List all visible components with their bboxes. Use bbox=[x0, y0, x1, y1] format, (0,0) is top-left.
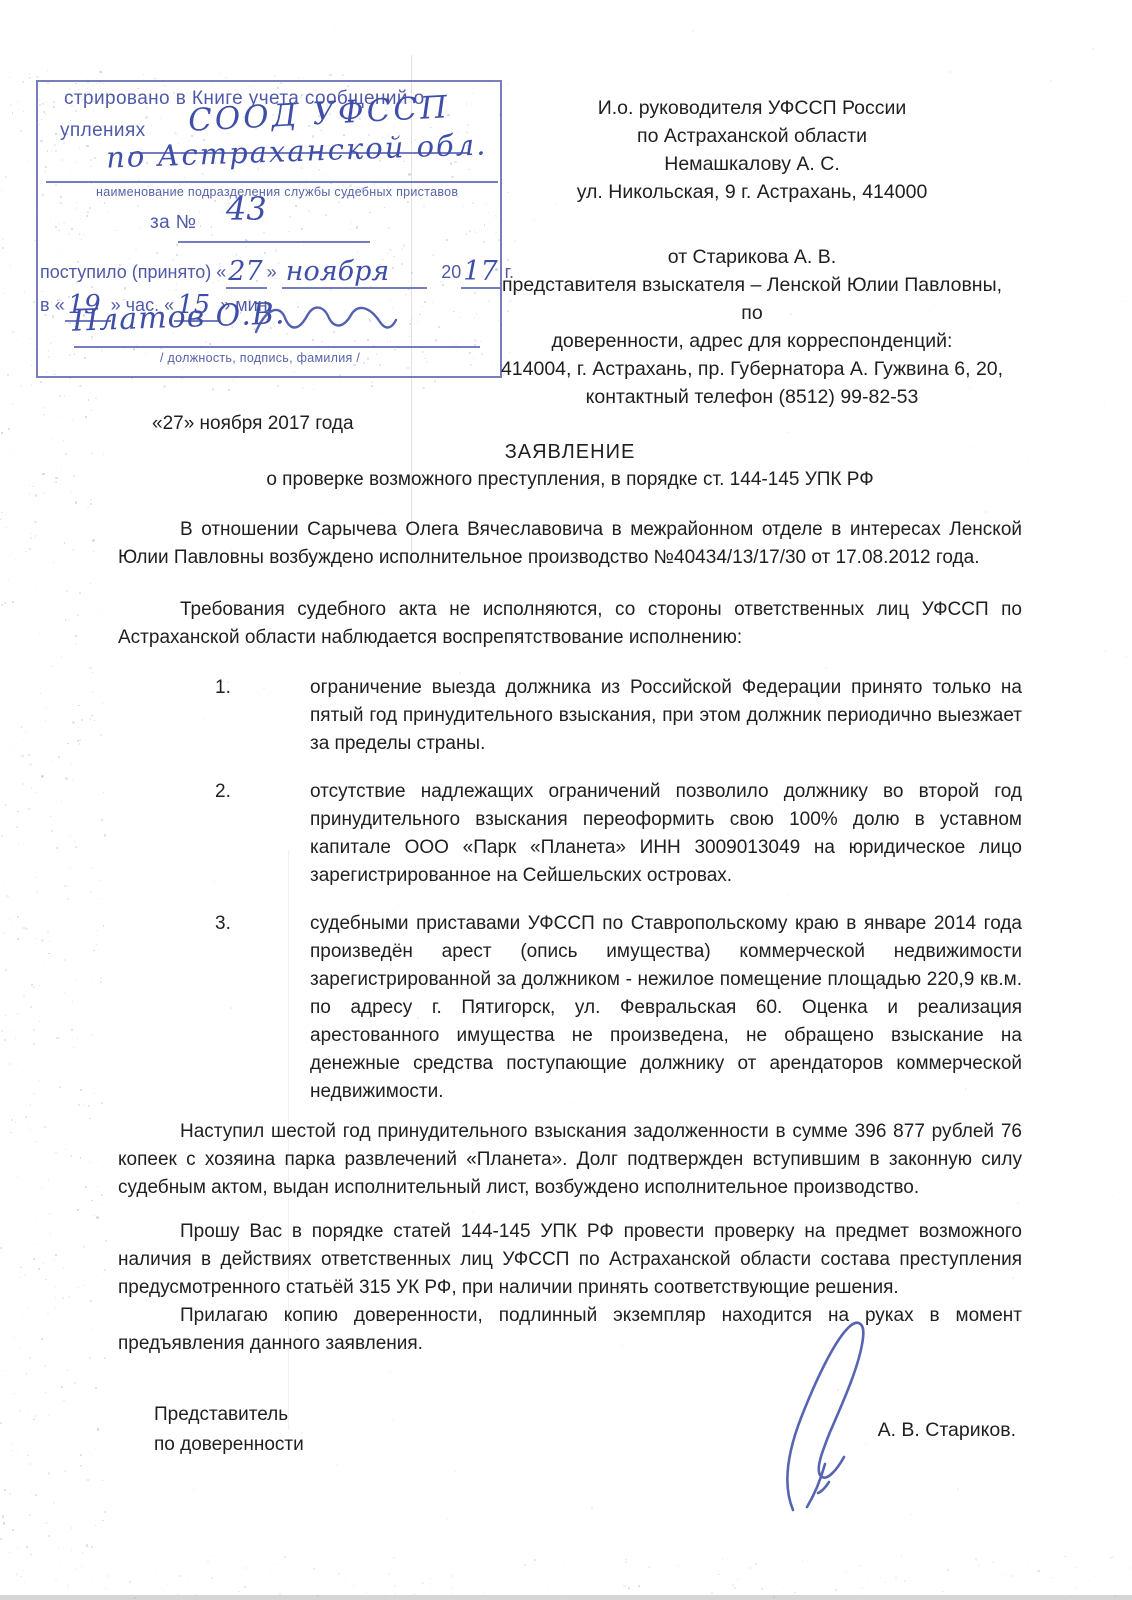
addressee-line: ул. Никольская, 9 г. Астрахань, 414000 bbox=[489, 178, 1015, 206]
paragraph: Прилагаю копию доверенности, подлинный э… bbox=[118, 1302, 1022, 1358]
stamp-region-handwritten: по Астраханской обл. bbox=[106, 127, 488, 174]
stamp-month-handwritten: ноября bbox=[282, 256, 428, 289]
stamp-received-label: поступило (принято) « bbox=[40, 262, 226, 282]
sender-line: от Старикова А. В. bbox=[489, 243, 1015, 271]
addressee-block: И.о. руководителя УФССП России по Астрах… bbox=[489, 94, 1015, 411]
list-item-number: 3. bbox=[215, 910, 310, 1106]
signer-name: А. В. Стариков. bbox=[878, 1400, 1016, 1444]
addressee-line: по Астраханской области bbox=[489, 122, 1015, 150]
signer-role: Представитель по доверенности bbox=[154, 1400, 304, 1460]
numbered-list: 1. ограничение выезда должника из Россий… bbox=[118, 674, 1022, 1106]
registration-stamp: стрировано в Книге учета сообщений о упл… bbox=[36, 80, 502, 378]
stamp-day-handwritten: 27 bbox=[226, 256, 266, 289]
stamp-year-prefix: 20 bbox=[441, 262, 461, 282]
paragraph: В отношении Сарычева Олега Вячеславовича… bbox=[118, 516, 1022, 572]
document-title: ЗАЯВЛЕНИЕ bbox=[118, 438, 1022, 466]
list-item-number: 1. bbox=[215, 674, 310, 758]
paragraph: Наступил шестой год принудительного взыс… bbox=[118, 1118, 1022, 1202]
list-item-text: судебными приставами УФССП по Ставрополь… bbox=[310, 910, 1022, 1106]
list-item-text: отсутствие надлежащих ограничений позвол… bbox=[310, 778, 1022, 890]
sender-block: от Старикова А. В. представителя взыскат… bbox=[489, 243, 1015, 411]
list-item: 2. отсутствие надлежащих ограничений поз… bbox=[118, 778, 1022, 890]
signer-role-line: Представитель bbox=[154, 1400, 304, 1430]
stamp-number-handwritten: 43 bbox=[226, 190, 267, 228]
stamp-time-part1: в « bbox=[40, 295, 65, 315]
stamp-signature-flourish-icon bbox=[250, 298, 400, 344]
signer-role-line: по доверенности bbox=[154, 1430, 304, 1460]
stamp-number-label: за № bbox=[150, 212, 197, 234]
document-page: стрировано в Книге учета сообщений о упл… bbox=[0, 0, 1132, 1600]
stamp-underline bbox=[46, 181, 498, 183]
list-item-number: 2. bbox=[215, 778, 310, 890]
document-body: «27» ноября 2017 года ЗАЯВЛЕНИЕ о провер… bbox=[118, 410, 1022, 1460]
stamp-underline bbox=[74, 346, 480, 348]
list-item: 3. судебными приставами УФССП по Ставроп… bbox=[118, 910, 1022, 1106]
sender-line: доверенности, адрес для корреспонденций: bbox=[489, 327, 1015, 355]
stamp-received-line: поступило (принято) «27» ноября2017 г. bbox=[40, 254, 498, 285]
addressee-line: И.о. руководителя УФССП России bbox=[489, 94, 1015, 122]
sender-line: контактный телефон (8512) 99-82-53 bbox=[489, 383, 1015, 411]
list-item: 1. ограничение выезда должника из Россий… bbox=[118, 674, 1022, 758]
pen-signature-icon bbox=[763, 1316, 881, 1516]
signature-block: Представитель по доверенности А. В. Стар… bbox=[118, 1400, 1022, 1460]
stamp-unit-caption: наименование подразделения службы судебн… bbox=[96, 185, 458, 199]
document-date: «27» ноября 2017 года bbox=[152, 410, 1022, 438]
stamp-sign-caption: / должность, подпись, фамилия / bbox=[160, 351, 360, 365]
list-item-text: ограничение выезда должника из Российско… bbox=[310, 674, 1022, 758]
sender-line: 414004, г. Астрахань, пр. Губернатора А.… bbox=[489, 355, 1015, 383]
scan-edge bbox=[0, 1595, 1132, 1600]
document-subtitle: о проверке возможного преступления, в по… bbox=[118, 466, 1022, 494]
stamp-quote: » bbox=[267, 262, 277, 282]
stamp-underline bbox=[178, 241, 370, 243]
sender-line: представителя взыскателя – Ленской Юлии … bbox=[489, 271, 1015, 327]
addressee-line: Немашкалову А. С. bbox=[489, 150, 1015, 178]
paragraph: Требования судебного акта не исполняются… bbox=[118, 596, 1022, 652]
paragraph: Прошу Вас в порядке статей 144-145 УПК Р… bbox=[118, 1218, 1022, 1302]
